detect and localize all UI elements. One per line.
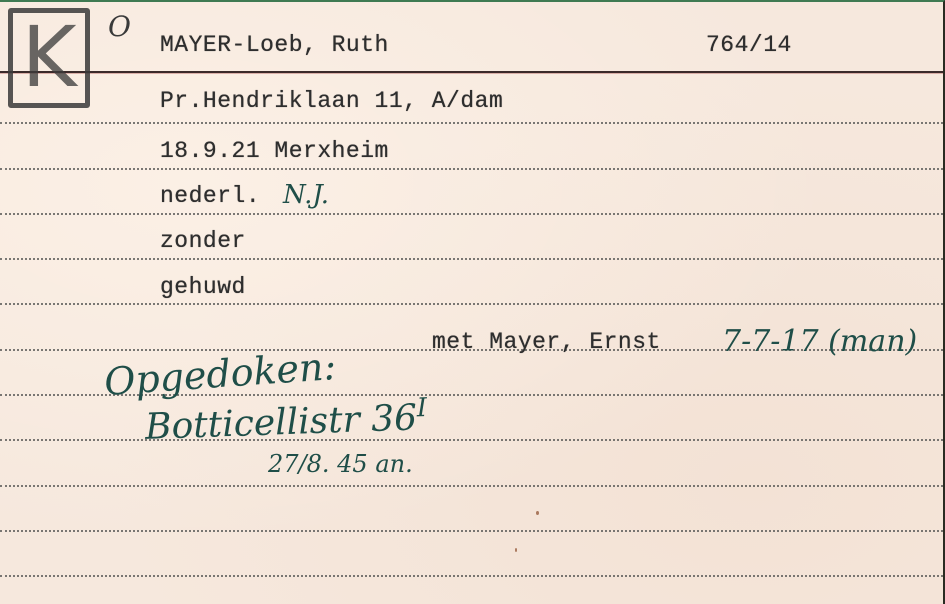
marital-status: gehuwd: [160, 274, 246, 300]
nationality: nederl.: [160, 183, 260, 209]
spouse: met Mayer, Ernst: [432, 329, 661, 355]
corner-mark: O: [108, 10, 131, 43]
birth-date-place: 18.9.21 Merxheim: [160, 138, 389, 164]
dotted-rule: [0, 258, 943, 260]
dotted-rule: [0, 168, 943, 170]
stamp-letter: K: [13, 7, 85, 107]
handwritten-date: 27/8. 45 an.: [268, 450, 413, 478]
religion-occupation: zonder: [160, 228, 246, 254]
paper-speck: [515, 548, 517, 552]
dotted-rule: [0, 213, 943, 215]
hiding-address-floor: I: [416, 393, 427, 423]
dotted-rule: [0, 485, 943, 487]
spouse-annotation: 7-7-17 (man): [722, 324, 917, 359]
dotted-rule: [0, 303, 943, 305]
paper-speck: [536, 511, 539, 515]
file-number: 764/14: [706, 32, 792, 58]
person-name: MAYER-Loeb, Ruth: [160, 32, 389, 58]
dotted-rule: [0, 122, 943, 124]
address: Pr.Hendriklaan 11, A/dam: [160, 88, 503, 114]
dotted-rule: [0, 575, 943, 577]
k-stamp: K: [8, 8, 90, 108]
dotted-rule: [0, 530, 943, 532]
nationality-annotation: N.J.: [283, 180, 329, 210]
index-card: K O MAYER-Loeb, Ruth 764/14 Pr.Hendrikla…: [0, 0, 945, 604]
dotted-rule: [0, 439, 943, 441]
header-rule: [0, 71, 943, 73]
